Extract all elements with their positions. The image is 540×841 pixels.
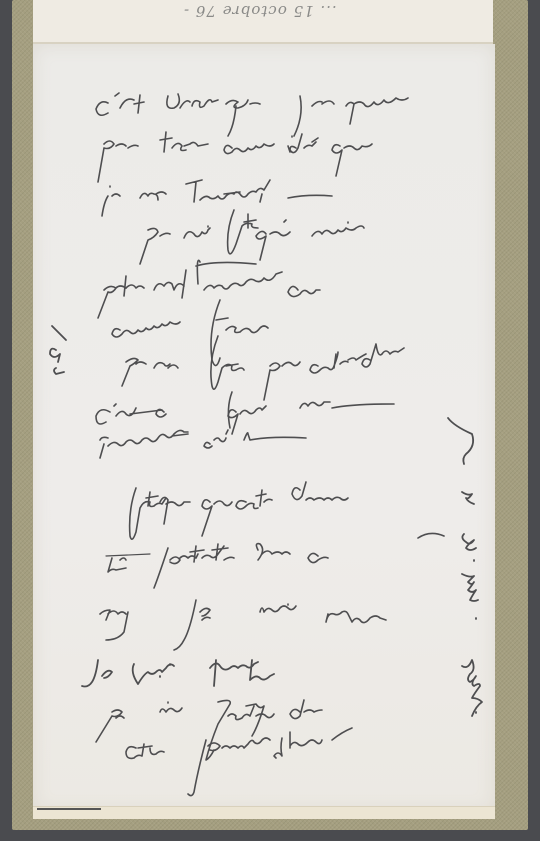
handwriting-strokes [0,0,540,841]
line-3 [102,180,332,216]
line-14 [96,700,322,760]
line-12 [100,600,386,650]
line-15 [126,728,352,796]
line-7 [122,336,404,400]
left-margin-que [50,326,66,374]
line-10 [130,482,348,539]
right-margin-vertical-text [448,418,482,716]
line-13 [82,660,274,687]
line-11 [106,533,444,588]
line-1 [96,93,408,136]
line-4 [140,210,364,264]
line-8 [96,392,394,434]
line-2 [98,132,372,182]
line-9 [100,430,306,458]
line-5 [98,260,320,318]
line-6 [112,300,268,366]
